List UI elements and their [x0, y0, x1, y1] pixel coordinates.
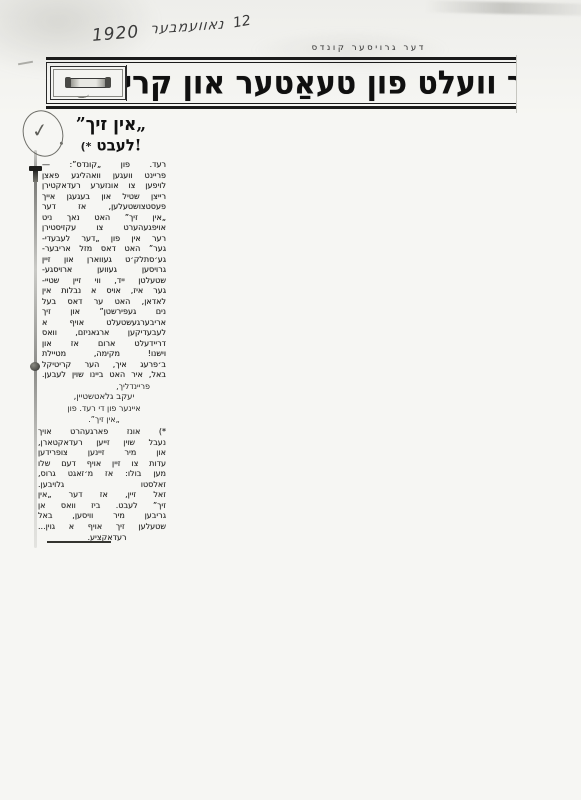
footnote-lines: *) אונז פארגעהרט אויךנעבל שוין זייען רעד… — [38, 427, 166, 532]
text-line: זאלסטו גלויבען. — [38, 480, 166, 491]
masthead-rule — [46, 106, 516, 109]
text-line: פריינט וועגען וואהליגע פאצן — [42, 171, 166, 182]
footnote-marker: (* — [81, 140, 92, 153]
article-title: „אין זיך” (* לעבט! — [52, 115, 170, 154]
cigar-stick-icon — [67, 78, 109, 88]
text-line: נעבל שוין זייען רעדאקטארן, — [38, 438, 166, 449]
text-line: גער” האט דאס מזל אריבער- — [42, 244, 166, 255]
editor-footnote: *) אונז פארגעהרט אויךנעבל שוין זייען רעד… — [38, 427, 166, 544]
text-line: רער אין פון „דער לעבעדי- — [42, 234, 166, 245]
publication-name: דער גרויסער קונדס — [296, 43, 426, 53]
text-line: גריבען מיר וויסען, באל — [38, 511, 166, 522]
scanned-newspaper-clipping: 1920 נאוועמבער 12 דער גרויסער קונדס ר וו… — [0, 0, 581, 800]
text-line: לויפען צו אונזערע רעדאקטירן — [42, 181, 166, 192]
text-line: זאל זיין, אז דער „אין — [38, 490, 166, 501]
text-line: און מיר זיינען צופרידען — [38, 448, 166, 459]
text-line: גער איז, אויס א נבלות אין — [42, 286, 166, 297]
masthead-banner: ר וועלט פון טעאַטער און קריטיק — [46, 57, 516, 109]
column-end-rule — [47, 541, 111, 543]
article-salutation: רעד. פון „קונדס”: — — [42, 160, 166, 171]
text-line: שטעלטן ייד, ווי זיין שטיי- — [42, 276, 166, 287]
handwritten-year: 1920 — [91, 22, 140, 46]
text-line: עדות צו זיין אויף דעם שלו — [38, 459, 166, 470]
text-line: באל, איר האט ביינו שוין לעבען. — [42, 370, 166, 381]
fold-crease-mark — [34, 150, 37, 548]
masthead-headline-text: ר וועלט פון טעאַטער און קריטיק — [127, 64, 516, 101]
text-line: גרויסען געווען ארויסגע- — [42, 265, 166, 276]
masthead-ornament-box — [50, 66, 126, 100]
article-body: רעד. פון „קונדס”: — פריינט וועגען וואהלי… — [42, 160, 166, 381]
text-line: אריבערגעשטעלט אויף א — [42, 318, 166, 329]
text-line: רייצן שטיל און בעגעגן אייך — [42, 192, 166, 203]
text-line: דריידעלט ארום אז און — [42, 339, 166, 350]
author-signature: יעקב גלאטשטיין, — [42, 392, 166, 403]
masthead-row: ר וועלט פון טעאַטער און קריטיק — [46, 63, 516, 103]
masthead-headline: ר וועלט פון טעאַטער און קריטיק — [127, 63, 516, 103]
article-closing: פריינדליך, יעקב גלאטשטיין, איינער פון די… — [42, 381, 166, 425]
text-line: גע׳סתלק׳ט געווארן און זיין — [42, 255, 166, 266]
masthead-rule — [46, 103, 516, 104]
handwritten-day: 12 — [232, 13, 252, 32]
text-line: אויפגעהערט צו עקזיסטירן — [42, 223, 166, 234]
pin-tack-mark — [29, 166, 42, 171]
article-title-line1: „אין זיך” — [52, 115, 170, 136]
pin-head-mark — [30, 362, 40, 371]
ornament-curl — [77, 91, 90, 99]
masthead-rule — [46, 57, 516, 60]
article-title-word: לעבט! — [96, 136, 141, 155]
text-line: „אין זיך” האט נאך ניט — [42, 213, 166, 224]
text-line: פעסטצושטעלען, אז דער — [42, 202, 166, 213]
text-line: לעבעדיקען ארגאניזם, וואס — [42, 328, 166, 339]
text-line: וישנו! מקימה, מטיילת — [42, 349, 166, 360]
check-icon: ✓ — [31, 119, 50, 143]
clipping-torn-edge — [516, 55, 517, 113]
journal-name-line: „אין זיך”. — [42, 414, 166, 425]
closing-salutation: פריינדליך, — [42, 381, 166, 392]
text-line: *) אונז פארגעהרט אויך — [38, 427, 166, 438]
author-role-line: איינער פון די רעד. פון — [42, 403, 166, 414]
text-line: ב׳פרעג איך, הער קריטיקל — [42, 360, 166, 371]
text-line: זיך” לעבט. ביז וואס אן — [38, 501, 166, 512]
text-line: שטעלען זיך אויף א גוין... — [38, 522, 166, 533]
text-line: מען בולו: אז מ׳זאגט גרוס, — [38, 469, 166, 480]
text-line: נים געפירשטן” און זיך — [42, 307, 166, 318]
article-title-line2: (* לעבט! — [52, 136, 170, 154]
article-body-lines: פריינט וועגען וואהליגע פאצןלויפען צו אונ… — [42, 171, 166, 381]
text-line: לאדאן, האט ער דאס בעל — [42, 297, 166, 308]
